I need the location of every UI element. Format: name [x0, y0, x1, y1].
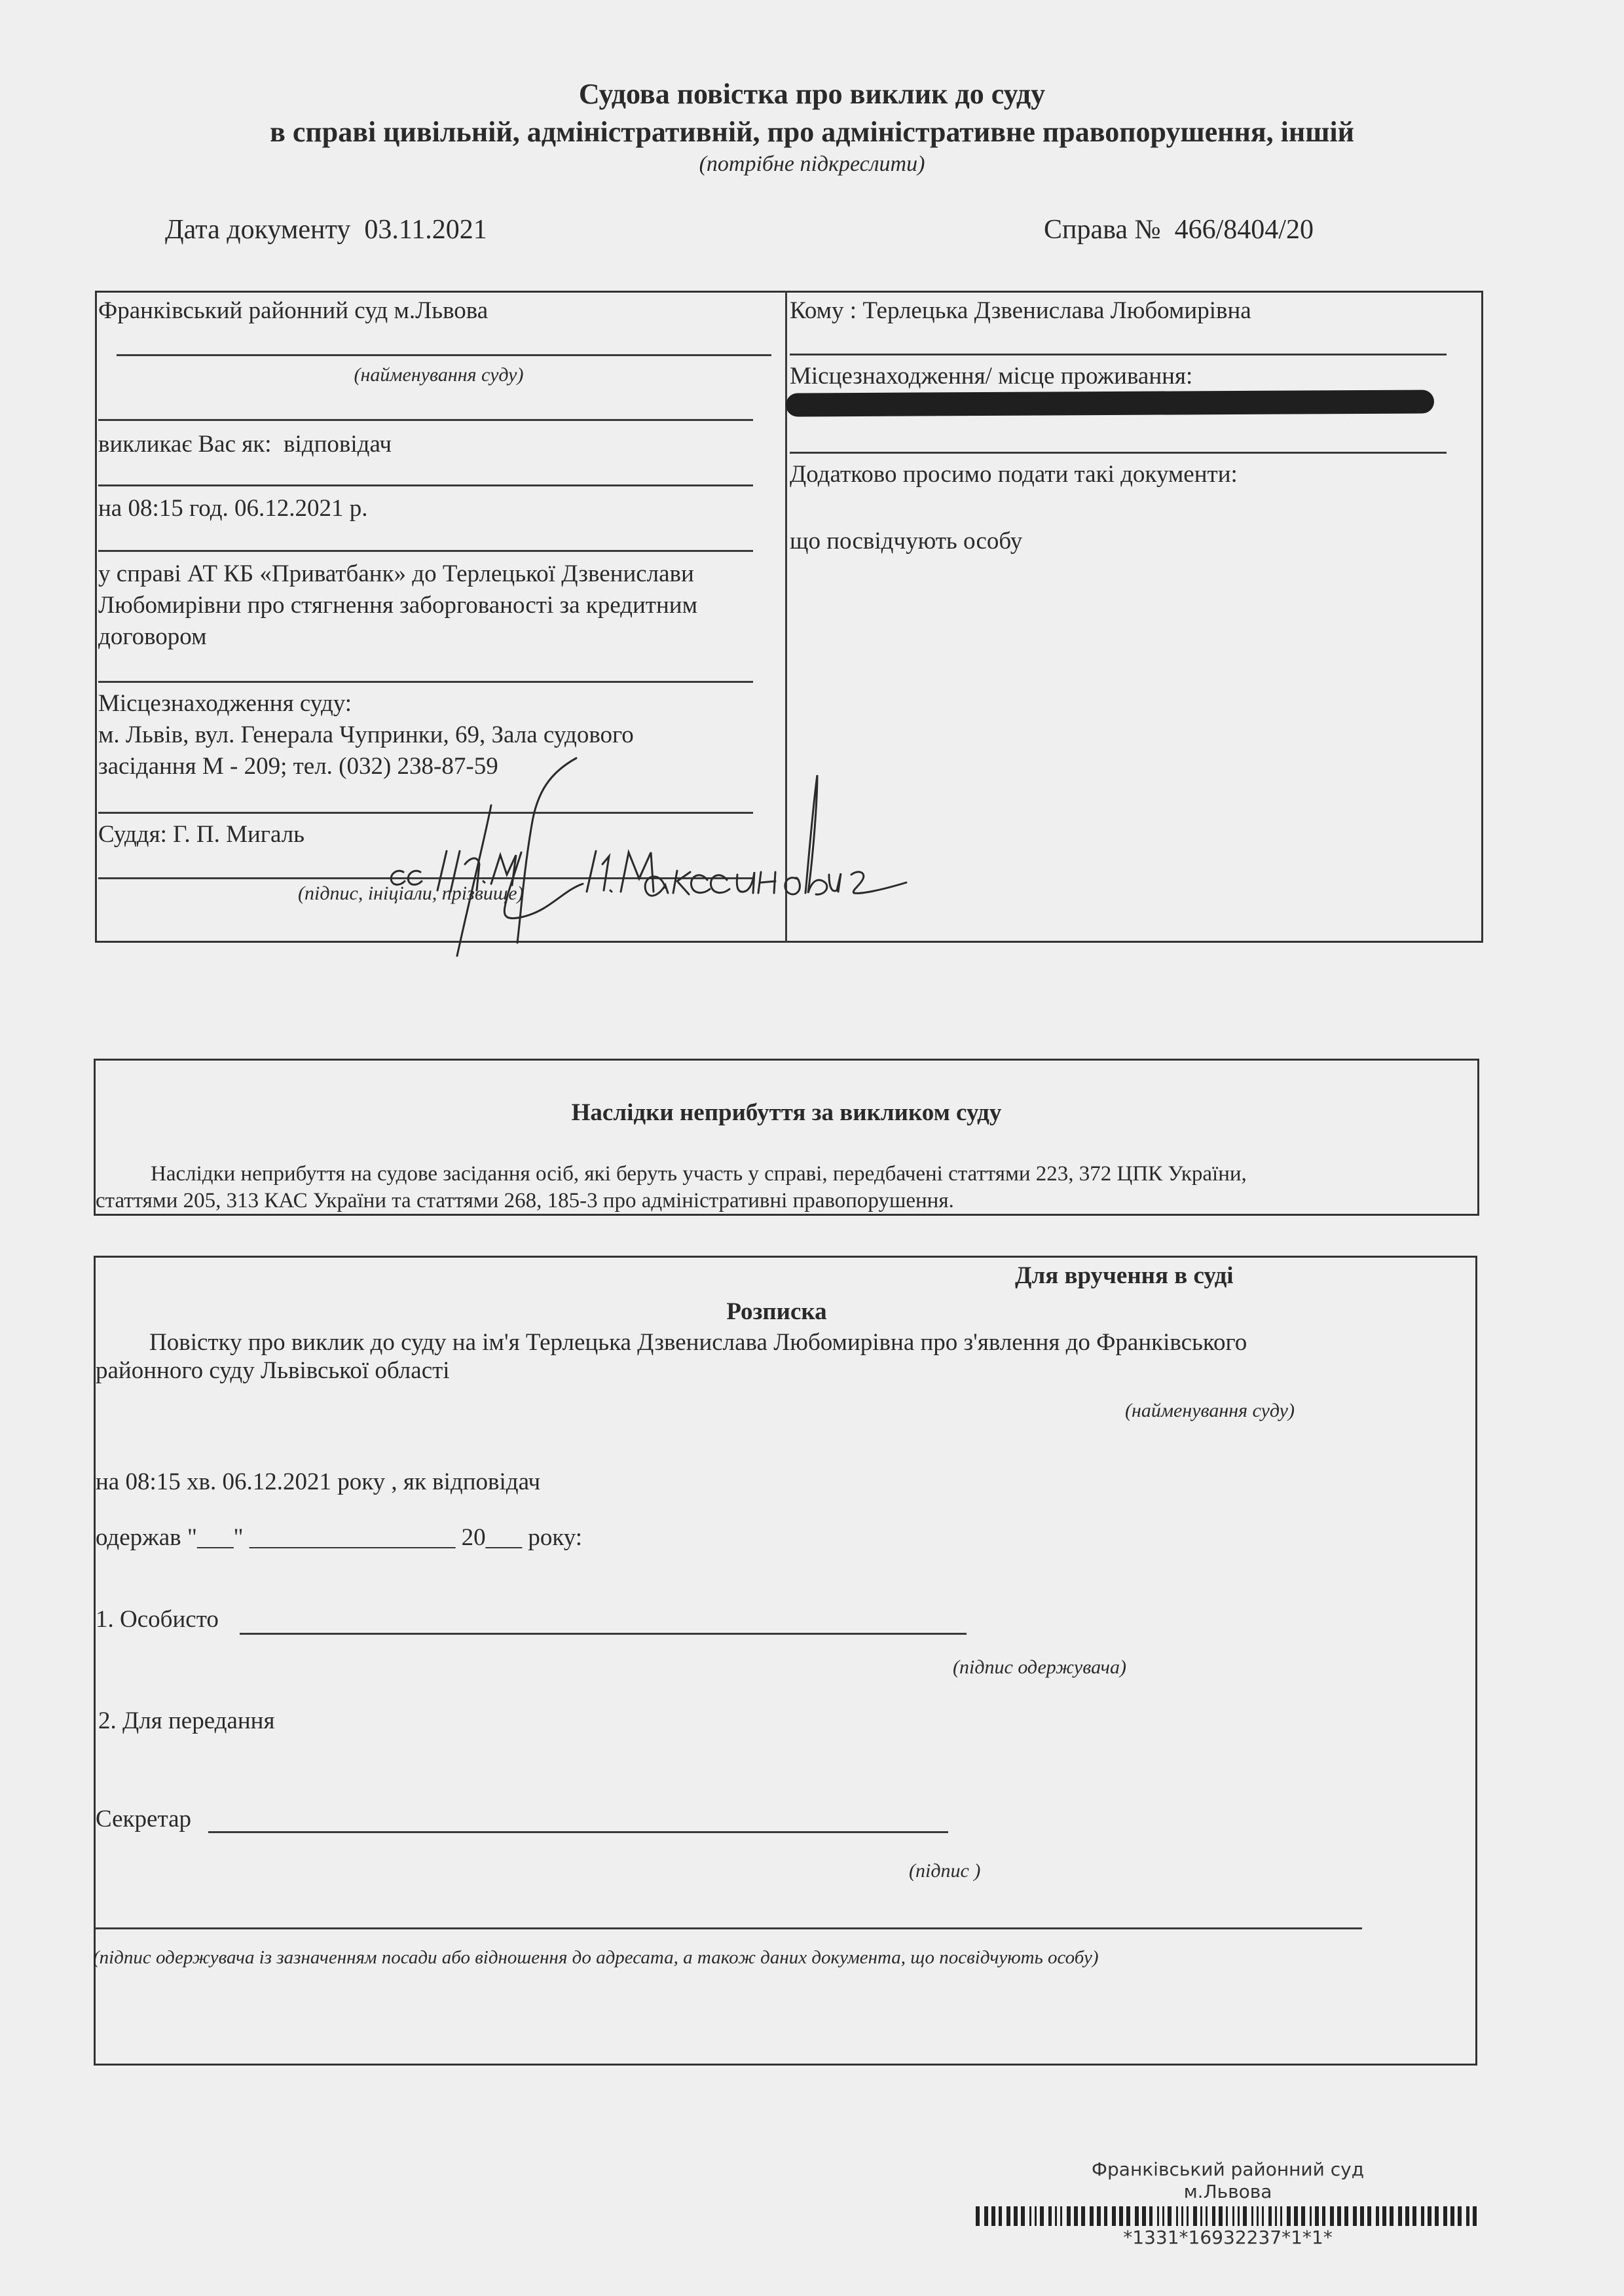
documents-value: що посвідчують особу [790, 529, 1022, 553]
rule [117, 354, 771, 356]
receipt-court-caption: (найменування суду) [1125, 1401, 1295, 1421]
personally-label: 1. Особисто [96, 1607, 219, 1631]
called-as-value: відповідач [284, 431, 392, 458]
residence-label: Місцезнаходження/ місце проживання: [790, 364, 1192, 388]
case-number-value: 466/8404/20 [1175, 215, 1314, 245]
footer-court-city: м.Львова [976, 2183, 1480, 2201]
document-date: Дата документу 03.11.2021 [165, 216, 487, 244]
case-description-line: договором [98, 625, 207, 649]
secretary-signature-caption: (підпис ) [909, 1861, 980, 1881]
rule [98, 419, 753, 421]
court-name-caption: (найменування суду) [98, 365, 779, 385]
case-number-label: Справа № [1044, 215, 1161, 245]
document-date-value: 03.11.2021 [364, 215, 487, 245]
barcode-icon [976, 2206, 1480, 2226]
rule [98, 484, 753, 486]
called-as-label: викликає Вас як: [98, 431, 272, 458]
rule [98, 550, 753, 552]
recipient-label: Кому : [790, 297, 857, 324]
recipient-name: Терлецька Дзвенислава Любомирівна [862, 297, 1251, 324]
recipient-details-line[interactable] [96, 1927, 1362, 1929]
rule [98, 681, 753, 683]
document-title: Судова повістка про виклик до суду [0, 80, 1624, 109]
court-name: Франківський районний суд м.Львова [98, 299, 488, 323]
footer-court-name: Франківський районний суд [976, 2160, 1480, 2179]
documents-label: Додатково просимо подати такі документи: [790, 462, 1238, 486]
rule [790, 354, 1447, 355]
barcode-text: *1331*16932237*1*1* [976, 2229, 1480, 2247]
recipient-signature-caption: (підпис одержувача) [953, 1658, 1126, 1677]
handwritten-signature-icon [275, 753, 904, 962]
secretary-signature-line[interactable] [208, 1831, 948, 1833]
called-as: викликає Вас як: відповідач [98, 432, 392, 456]
court-location-label: Місцезнаходження суду: [98, 691, 352, 716]
case-description-line: Любомирівни про стягнення заборгованості… [98, 593, 697, 617]
receipt-title: Розписка [94, 1300, 1479, 1324]
consequences-text-line: статтями 205, 313 КАС України та статтям… [96, 1190, 954, 1212]
secretary-label: Секретар [96, 1807, 191, 1831]
rule [790, 452, 1447, 454]
redacted-address [786, 390, 1434, 416]
document-subtitle: в справі цивільній, адміністративній, пр… [0, 118, 1624, 147]
document-date-label: Дата документу [165, 215, 350, 245]
recipient: Кому : Терлецька Дзвенислава Любомирівна [790, 299, 1251, 323]
receipt-appointment: на 08:15 хв. 06.12.2021 року , як відпов… [96, 1470, 540, 1494]
receipt-body-line: Повістку про виклик до суду на ім'я Терл… [149, 1330, 1247, 1355]
judge-label: Суддя: [98, 821, 167, 848]
title-note: (потрібне підкреслити) [0, 153, 1624, 175]
appointment-time: на 08:15 год. 06.12.2021 р. [98, 496, 368, 520]
receipt-body-line: районного суду Львівської області [96, 1358, 450, 1383]
case-number: Справа № 466/8404/20 [1044, 216, 1314, 244]
judge: Суддя: Г. П. Мигаль [98, 822, 304, 847]
consequences-text-line: Наслідки неприбуття на судове засідання … [151, 1163, 1247, 1185]
transfer-label: 2. Для передання [98, 1709, 275, 1733]
received-date-line[interactable]: одержав "___" _________________ 20___ ро… [96, 1525, 582, 1550]
court-location-line: м. Львів, вул. Генерала Чупринки, 69, За… [98, 723, 634, 747]
personally-signature-line[interactable] [240, 1633, 967, 1635]
delivery-note: Для вручення в суді [1015, 1264, 1234, 1288]
recipient-details-caption: (підпис одержувача із зазначенням посади… [93, 1948, 1099, 1967]
consequences-title: Наслідки неприбуття за викликом суду [94, 1101, 1479, 1125]
case-description-line: у справі АТ КБ «Приватбанк» до Терлецько… [98, 562, 694, 586]
